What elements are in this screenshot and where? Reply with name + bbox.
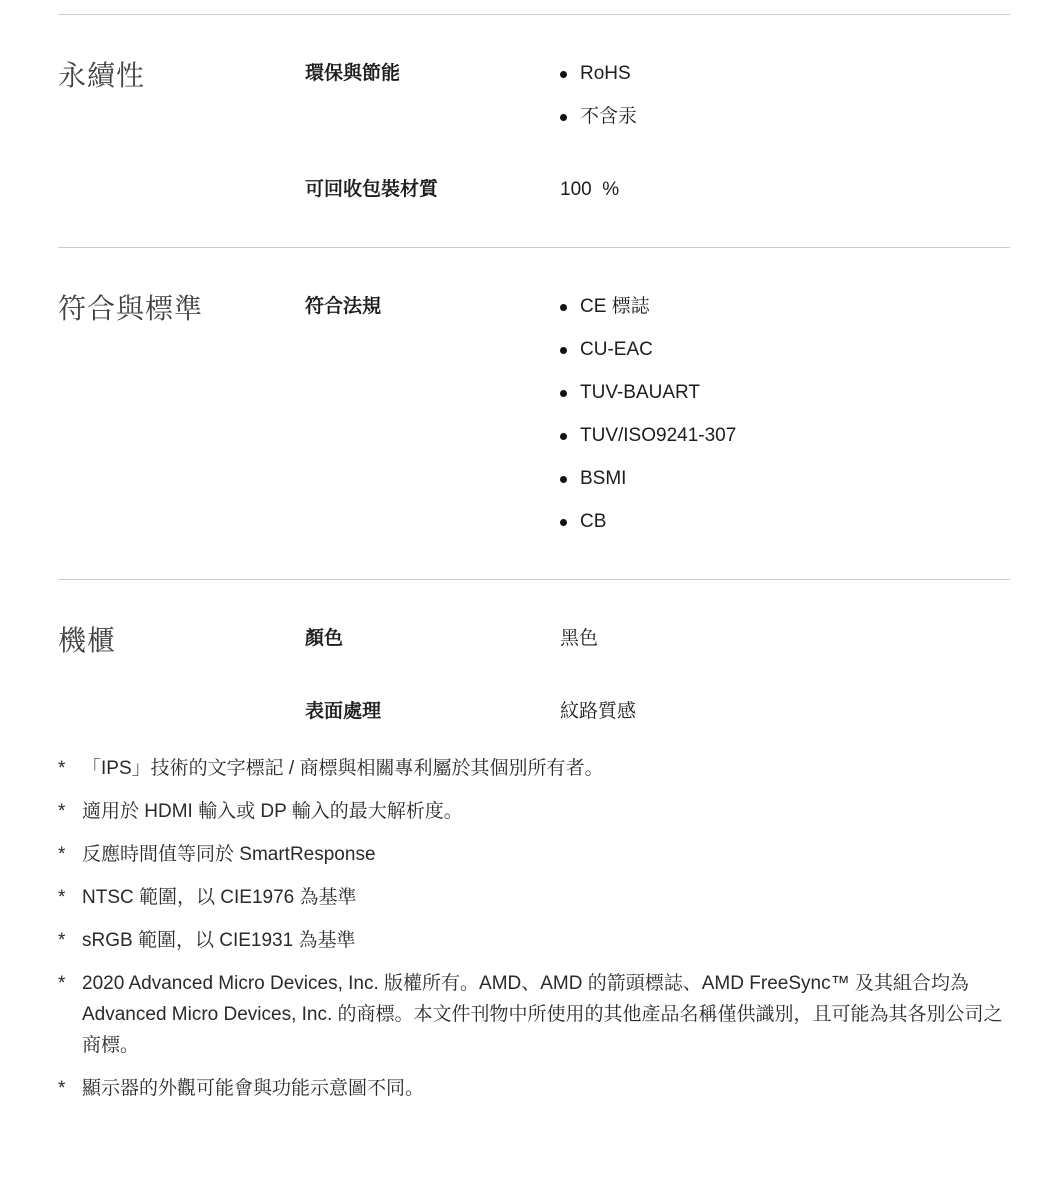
spec-value-text: CB <box>580 510 606 534</box>
spec-value: CB <box>560 510 1010 534</box>
bullet-icon <box>560 347 567 354</box>
spec-value-text: CE 標誌 <box>580 295 650 319</box>
section-title: 機櫃 <box>58 624 305 743</box>
bullet-icon <box>560 433 567 440</box>
section-title: 符合與標準 <box>58 292 305 553</box>
spec-value-text: RoHS <box>580 62 631 86</box>
spec-label: 環保與節能 <box>305 62 560 148</box>
spec-value: 不含汞 <box>560 105 1010 129</box>
footnote: * 「IPS」技術的文字標記 / 商標與相關專利屬於其個別所有者。 <box>58 753 1010 784</box>
spec-sections: 永續性 環保與節能 RoHS 不含汞 可回收包裝材質 100 % 符合與標準 符… <box>0 14 1040 769</box>
asterisk-marker: * <box>58 753 82 784</box>
asterisk-marker: * <box>58 882 82 913</box>
footnote: * 2020 Advanced Micro Devices, Inc. 版權所有… <box>58 968 1010 1061</box>
spec-values: RoHS 不含汞 <box>560 62 1010 148</box>
spec-value-text: TUV/ISO9241-307 <box>580 424 736 448</box>
spec-section: 機櫃 顏色 黑色 表面處理 紋路質感 <box>0 579 1040 769</box>
footnote-text: 2020 Advanced Micro Devices, Inc. 版權所有。A… <box>82 968 1010 1061</box>
bullet-icon <box>560 114 567 121</box>
bullet-icon <box>560 476 567 483</box>
spec-section: 符合與標準 符合法規 CE 標誌 CU-EAC TUV-BAUART TUV/I… <box>0 247 1040 579</box>
footnote-text: sRGB 範圍，以 CIE1931 為基準 <box>82 925 1010 956</box>
spec-row: 環保與節能 RoHS 不含汞 <box>305 62 1010 148</box>
footnote-text: NTSC 範圍，以 CIE1976 為基準 <box>82 882 1010 913</box>
spec-value-text: BSMI <box>580 467 626 491</box>
spec-value: BSMI <box>560 467 1010 491</box>
spec-value: TUV/ISO9241-307 <box>560 424 1010 448</box>
asterisk-marker: * <box>58 796 82 827</box>
spec-value: CE 標誌 <box>560 295 1010 319</box>
spec-row: 可回收包裝材質 100 % <box>305 178 1010 221</box>
spec-value: RoHS <box>560 62 1010 86</box>
spec-value: 黑色 <box>560 627 1010 651</box>
spec-page: 永續性 環保與節能 RoHS 不含汞 可回收包裝材質 100 % 符合與標準 符… <box>0 0 1040 1200</box>
spec-row: 符合法規 CE 標誌 CU-EAC TUV-BAUART TUV/ISO9241… <box>305 295 1010 553</box>
footnote: * 顯示器的外觀可能會與功能示意圖不同。 <box>58 1073 1010 1104</box>
spec-label: 表面處理 <box>305 700 560 743</box>
bullet-icon <box>560 519 567 526</box>
bullet-icon <box>560 304 567 311</box>
spec-row: 顏色 黑色 <box>305 627 1010 670</box>
section-rows: 環保與節能 RoHS 不含汞 可回收包裝材質 100 % <box>305 59 1010 221</box>
footnote-text: 適用於 HDMI 輸入或 DP 輸入的最大解析度。 <box>82 796 1010 827</box>
asterisk-marker: * <box>58 968 82 1061</box>
footnotes: * 「IPS」技術的文字標記 / 商標與相關專利屬於其個別所有者。 * 適用於 … <box>58 753 1010 1104</box>
spec-label: 可回收包裝材質 <box>305 178 560 221</box>
spec-row: 表面處理 紋路質感 <box>305 700 1010 743</box>
spec-value-text: 100 % <box>560 178 619 202</box>
footnote: * NTSC 範圍，以 CIE1976 為基準 <box>58 882 1010 913</box>
spec-values: CE 標誌 CU-EAC TUV-BAUART TUV/ISO9241-307 … <box>560 295 1010 553</box>
asterisk-marker: * <box>58 1073 82 1104</box>
footnote-text: 反應時間值等同於 SmartResponse <box>82 839 1010 870</box>
footnote: * 適用於 HDMI 輸入或 DP 輸入的最大解析度。 <box>58 796 1010 827</box>
spec-label: 符合法規 <box>305 295 560 553</box>
spec-value: CU-EAC <box>560 338 1010 362</box>
asterisk-marker: * <box>58 925 82 956</box>
spec-value: TUV-BAUART <box>560 381 1010 405</box>
spec-value-text: TUV-BAUART <box>580 381 700 405</box>
bullet-icon <box>560 71 567 78</box>
footnote-text: 「IPS」技術的文字標記 / 商標與相關專利屬於其個別所有者。 <box>82 753 1010 784</box>
spec-value: 紋路質感 <box>560 700 1010 724</box>
bullet-icon <box>560 390 567 397</box>
footnote: * 反應時間值等同於 SmartResponse <box>58 839 1010 870</box>
section-rows: 符合法規 CE 標誌 CU-EAC TUV-BAUART TUV/ISO9241… <box>305 292 1010 553</box>
section-rows: 顏色 黑色 表面處理 紋路質感 <box>305 624 1010 743</box>
spec-section: 永續性 環保與節能 RoHS 不含汞 可回收包裝材質 100 % <box>0 14 1040 247</box>
footnote: * sRGB 範圍，以 CIE1931 為基準 <box>58 925 1010 956</box>
spec-values: 100 % <box>560 178 1010 221</box>
spec-values: 紋路質感 <box>560 700 1010 743</box>
footnote-text: 顯示器的外觀可能會與功能示意圖不同。 <box>82 1073 1010 1104</box>
spec-value-text: 紋路質感 <box>560 700 636 724</box>
asterisk-marker: * <box>58 839 82 870</box>
spec-label: 顏色 <box>305 627 560 670</box>
spec-value: 100 % <box>560 178 1010 202</box>
spec-value-text: CU-EAC <box>580 338 653 362</box>
section-title: 永續性 <box>58 59 305 221</box>
spec-value-text: 不含汞 <box>580 105 637 129</box>
spec-values: 黑色 <box>560 627 1010 670</box>
spec-value-text: 黑色 <box>560 627 598 651</box>
